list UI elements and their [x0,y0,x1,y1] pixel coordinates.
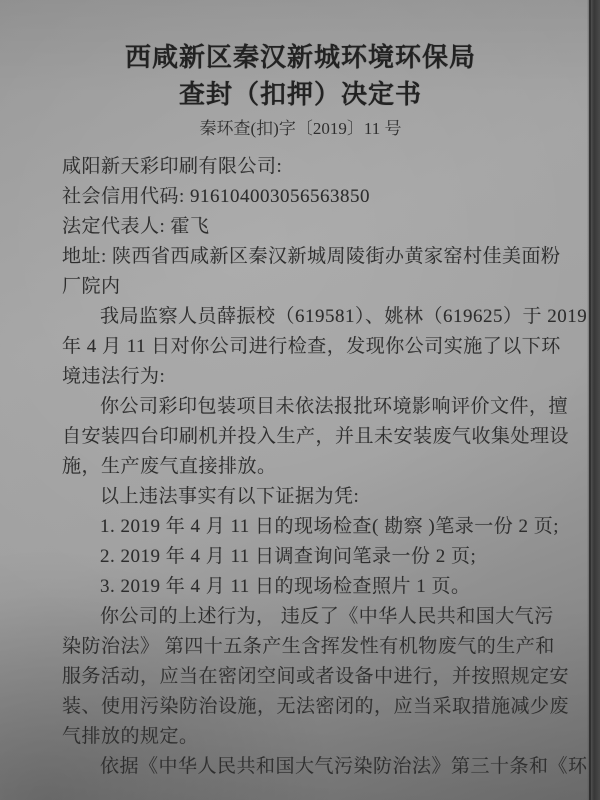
document-line: 自安装四台印刷机并投入生产，并且未安装废气收集处理设 [62,422,539,452]
agency-title: 西咸新区秦汉新城环境环保局 [62,42,539,74]
document-line: 咸阳新天彩印刷有限公司: [62,152,539,182]
document-line: 我局监察人员薛振校（619581）、姚林（619625）于 2019 [62,302,539,332]
paper-edge-shadow [587,0,600,800]
document-line: 年 4 月 11 日对你公司进行检查，发现你公司实施了以下环 [62,332,539,362]
document-line: 法定代表人: 霍飞 [62,212,539,242]
document-line: 服务活动，应当在密闭空间或者设备中进行，并按照规定安 [62,662,539,692]
document-line: 1. 2019 年 4 月 11 日的现场检查( 勘察 )笔录一份 2 页; [62,512,539,542]
photo-background: 西咸新区秦汉新城环境环保局 查封（扣押）决定书 秦环查(扣)字〔2019〕11 … [0,0,600,800]
document-line: 境违法行为: [62,362,539,392]
document-line: 染防治法》 第四十五条产生含挥发性有机物废气的生产和 [62,632,539,662]
document-line: 施，生产废气直接排放。 [62,452,539,482]
document-line: 气排放的规定。 [62,722,539,752]
document-line: 地址: 陕西省西咸新区秦汉新城周陵街办黄家窑村佳美面粉 [62,242,539,272]
document-line: 社会信用代码: 916104003056563850 [62,182,539,212]
document-number: 秦环查(扣)字〔2019〕11 号 [62,118,539,140]
document-title: 查封（扣押）决定书 [62,78,539,112]
document-line: 厂院内 [62,272,539,302]
document-body: 咸阳新天彩印刷有限公司:社会信用代码: 916104003056563850法定… [62,152,539,782]
document-line: 装、使用污染防治设施，无法密闭的，应当采取措施减少废 [62,692,539,722]
document-line: 依据《中华人民共和国大气污染防治法》第三十条和《环 [62,752,539,782]
document-line: 你公司彩印包装项目未依法报批环境影响评价文件，擅 [62,392,539,422]
document-page: 西咸新区秦汉新城环境环保局 查封（扣押）决定书 秦环查(扣)字〔2019〕11 … [0,0,589,800]
document-line: 2. 2019 年 4 月 11 日调查询问笔录一份 2 页; [62,542,539,572]
document-line: 你公司的上述行为， 违反了《中华人民共和国大气污 [62,602,539,632]
document-line: 以上违法事实有以下证据为凭: [62,482,539,512]
document-content: 西咸新区秦汉新城环境环保局 查封（扣押）决定书 秦环查(扣)字〔2019〕11 … [0,0,589,782]
document-line: 3. 2019 年 4 月 11 日的现场检查照片 1 页。 [62,572,539,602]
